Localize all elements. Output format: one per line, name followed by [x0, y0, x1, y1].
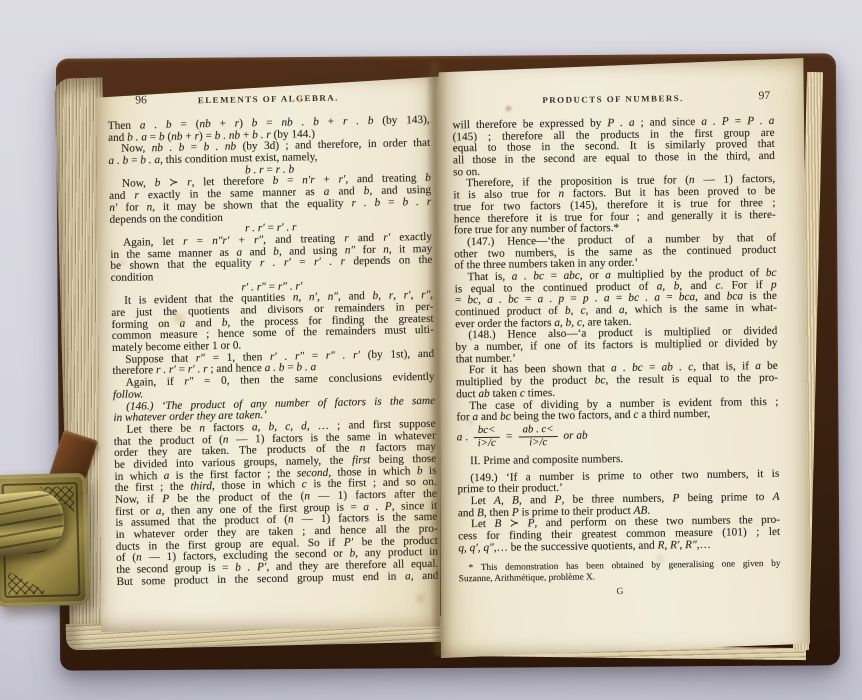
- foxing-spots: [0, 0, 1, 1]
- right-page-number: 97: [758, 90, 770, 102]
- text-line: q, q′, q″,… be the successive quotients,…: [458, 539, 780, 555]
- clasp-engraving-bottom: [8, 570, 51, 595]
- right-page-text: will therefore be expressed by P . a ; a…: [452, 116, 780, 555]
- right-page: PRODUCTS OF NUMBERS. 97 will therefore b…: [438, 58, 810, 658]
- left-page-text: Then a . b = (nb + r) b = nb . b + r . b…: [108, 115, 439, 589]
- book-photo: 96 ELEMENTS OF ALGEBRA. Then a . b = (nb…: [0, 0, 862, 700]
- right-running-head: PRODUCTS OF NUMBERS. 97: [452, 92, 774, 109]
- right-running-title: PRODUCTS OF NUMBERS.: [452, 92, 774, 106]
- left-page: 96 ELEMENTS OF ALGEBRA. Then a . b = (nb…: [96, 72, 440, 632]
- brass-clasp: [0, 430, 110, 620]
- signature-mark: G: [459, 585, 781, 599]
- footnote: * This demonstration has been obtained b…: [459, 559, 781, 585]
